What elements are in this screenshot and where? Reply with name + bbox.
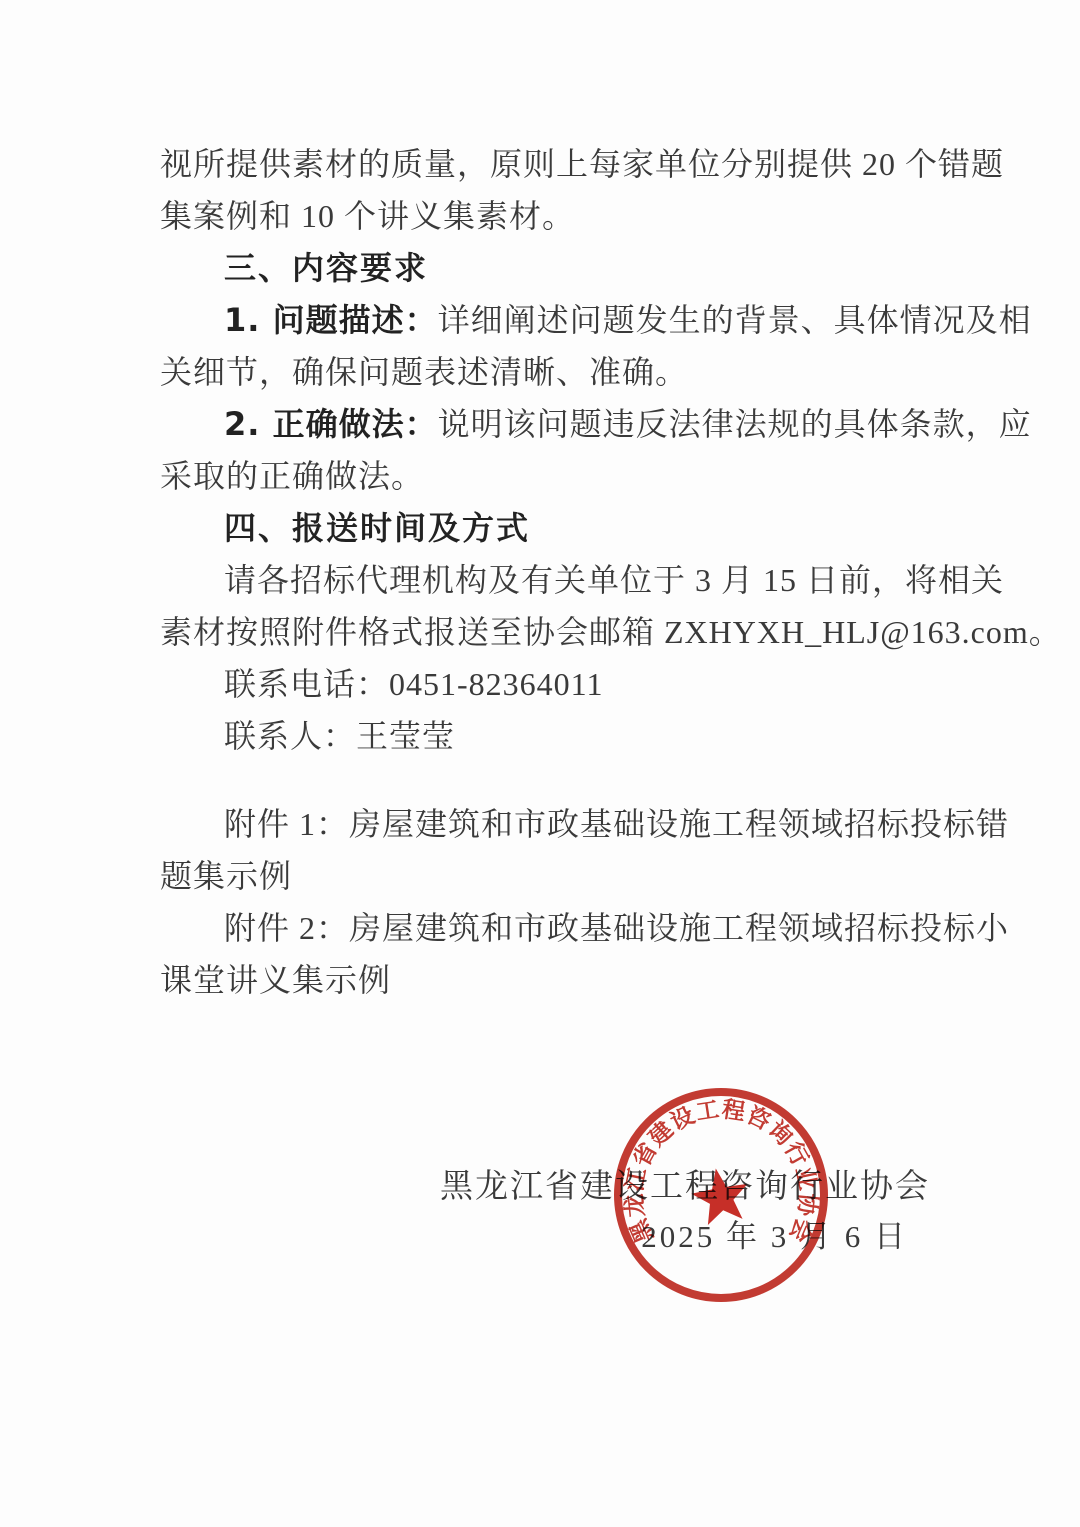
body-line: 请各招标代理机构及有关单位于 3 月 15 日前，将相关 bbox=[160, 554, 950, 606]
bold-label: 2. 正确做法： bbox=[224, 405, 438, 443]
official-seal: 黑龙江省建设工程咨询行业协会 bbox=[606, 1080, 836, 1310]
line-text: 附件 2：房屋建筑和市政基础设施工程领域招标投标小 bbox=[224, 910, 1009, 946]
seal-graphic: 黑龙江省建设工程咨询行业协会 bbox=[606, 1080, 836, 1310]
line-text: 课堂讲义集示例 bbox=[160, 962, 391, 998]
line-text: 说明该问题违反法律法规的具体条款，应 bbox=[438, 406, 1032, 442]
document-page: 视所提供素材的质量，原则上每家单位分别提供 20 个错题 集案例和 10 个讲义… bbox=[0, 0, 1080, 1527]
heading-text: 三、内容要求 bbox=[224, 249, 428, 287]
line-text: 详细阐述问题发生的背景、具体情况及相 bbox=[438, 302, 1032, 338]
line-text: 联系电话：0451-82364011 bbox=[224, 666, 603, 702]
body-line: 集案例和 10 个讲义集素材。 bbox=[160, 190, 950, 242]
line-text: 题集示例 bbox=[160, 858, 292, 894]
line-text: 请各招标代理机构及有关单位于 3 月 15 日前，将相关 bbox=[224, 562, 1004, 598]
body-line: 关细节，确保问题表述清晰、准确。 bbox=[160, 346, 950, 398]
document-body: 视所提供素材的质量，原则上每家单位分别提供 20 个错题 集案例和 10 个讲义… bbox=[160, 138, 950, 1006]
line-text: 关细节，确保问题表述清晰、准确。 bbox=[160, 354, 688, 390]
body-line: 2. 正确做法：说明该问题违反法律法规的具体条款，应 bbox=[160, 398, 950, 450]
line-text: 采取的正确做法。 bbox=[160, 458, 424, 494]
section-heading-3: 三、内容要求 bbox=[160, 242, 950, 294]
body-line: 视所提供素材的质量，原则上每家单位分别提供 20 个错题 bbox=[160, 138, 950, 190]
body-line: 素材按照附件格式报送至协会邮箱 ZXHYXH_HLJ@163.com。 bbox=[160, 606, 950, 658]
line-text: 集案例和 10 个讲义集素材。 bbox=[160, 198, 575, 234]
attachment-1-line-cont: 题集示例 bbox=[160, 850, 950, 902]
bold-label: 1. 问题描述： bbox=[224, 301, 438, 339]
attachment-2-line: 附件 2：房屋建筑和市政基础设施工程领域招标投标小 bbox=[160, 902, 950, 954]
star-icon bbox=[688, 1164, 754, 1227]
section-heading-4: 四、报送时间及方式 bbox=[160, 502, 950, 554]
line-text: 附件 1：房屋建筑和市政基础设施工程领域招标投标错 bbox=[224, 806, 1009, 842]
contact-person-line: 联系人：王莹莹 bbox=[160, 710, 950, 762]
line-text: 视所提供素材的质量，原则上每家单位分别提供 20 个错题 bbox=[160, 146, 1004, 182]
line-text: 联系人：王莹莹 bbox=[224, 718, 455, 754]
heading-text: 四、报送时间及方式 bbox=[224, 509, 530, 547]
body-line: 采取的正确做法。 bbox=[160, 450, 950, 502]
body-line: 1. 问题描述：详细阐述问题发生的背景、具体情况及相 bbox=[160, 294, 950, 346]
contact-email-line: 素材按照附件格式报送至协会邮箱 ZXHYXH_HLJ@163.com。 bbox=[160, 614, 1062, 650]
attachment-1-line: 附件 1：房屋建筑和市政基础设施工程领域招标投标错 bbox=[160, 798, 950, 850]
blank-line bbox=[160, 762, 950, 798]
attachment-2-line-cont: 课堂讲义集示例 bbox=[160, 954, 950, 1006]
contact-phone-line: 联系电话：0451-82364011 bbox=[160, 658, 950, 710]
